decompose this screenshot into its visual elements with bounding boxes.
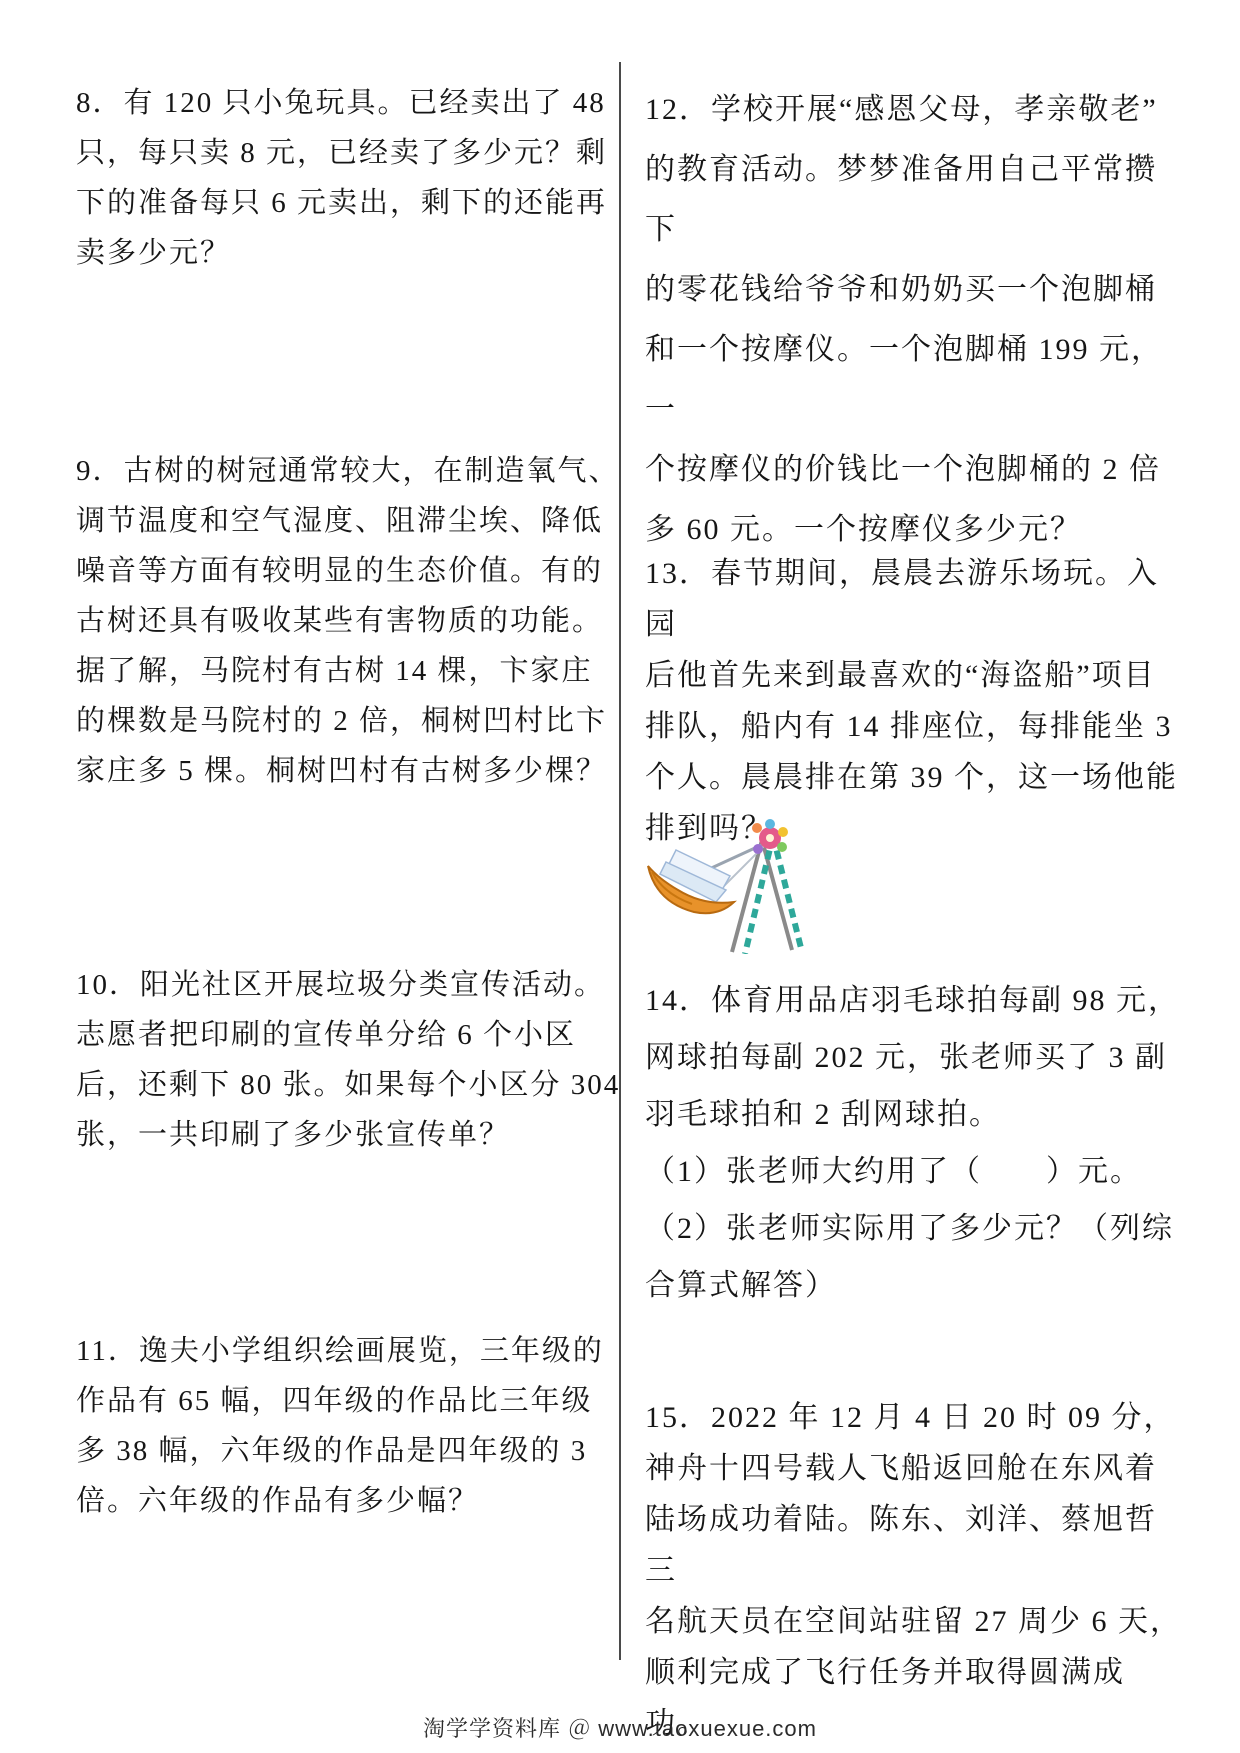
question-15: 15．2022 年 12 月 4 日 20 时 09 分， 神舟十四号载人飞船返… xyxy=(645,1392,1185,1749)
footer-watermark: 淘学学资料库 ＠ www.taoxuexue.com xyxy=(0,1712,1240,1743)
pirate-ship-icon xyxy=(642,806,817,954)
question-14: 14．体育用品店羽毛球拍每副 98 元， 网球拍每副 202 元，张老师买了 3… xyxy=(645,972,1185,1314)
worksheet-page: 8．有 120 只小兔玩具。已经卖出了 48 只，每只卖 8 元，已经卖了多少元… xyxy=(0,0,1240,1753)
question-12: 12．学校开展“感恩父母，孝亲敬老” 的教育活动。梦梦准备用自己平常攒下 的零花… xyxy=(645,80,1185,560)
question-10: 10．阳光社区开展垃圾分类宣传活动。 志愿者把印刷的宣传单分给 6 个小区 后，… xyxy=(76,960,621,1160)
question-8: 8．有 120 只小兔玩具。已经卖出了 48 只，每只卖 8 元，已经卖了多少元… xyxy=(76,78,621,278)
question-11: 11．逸夫小学组织绘画展览，三年级的 作品有 65 幅，四年级的作品比三年级 多… xyxy=(76,1326,621,1526)
question-9: 9．古树的树冠通常较大，在制造氧气、 调节温度和空气湿度、阻滞尘埃、降低 噪音等… xyxy=(76,446,621,796)
pirate-ship-illustration xyxy=(642,806,817,954)
